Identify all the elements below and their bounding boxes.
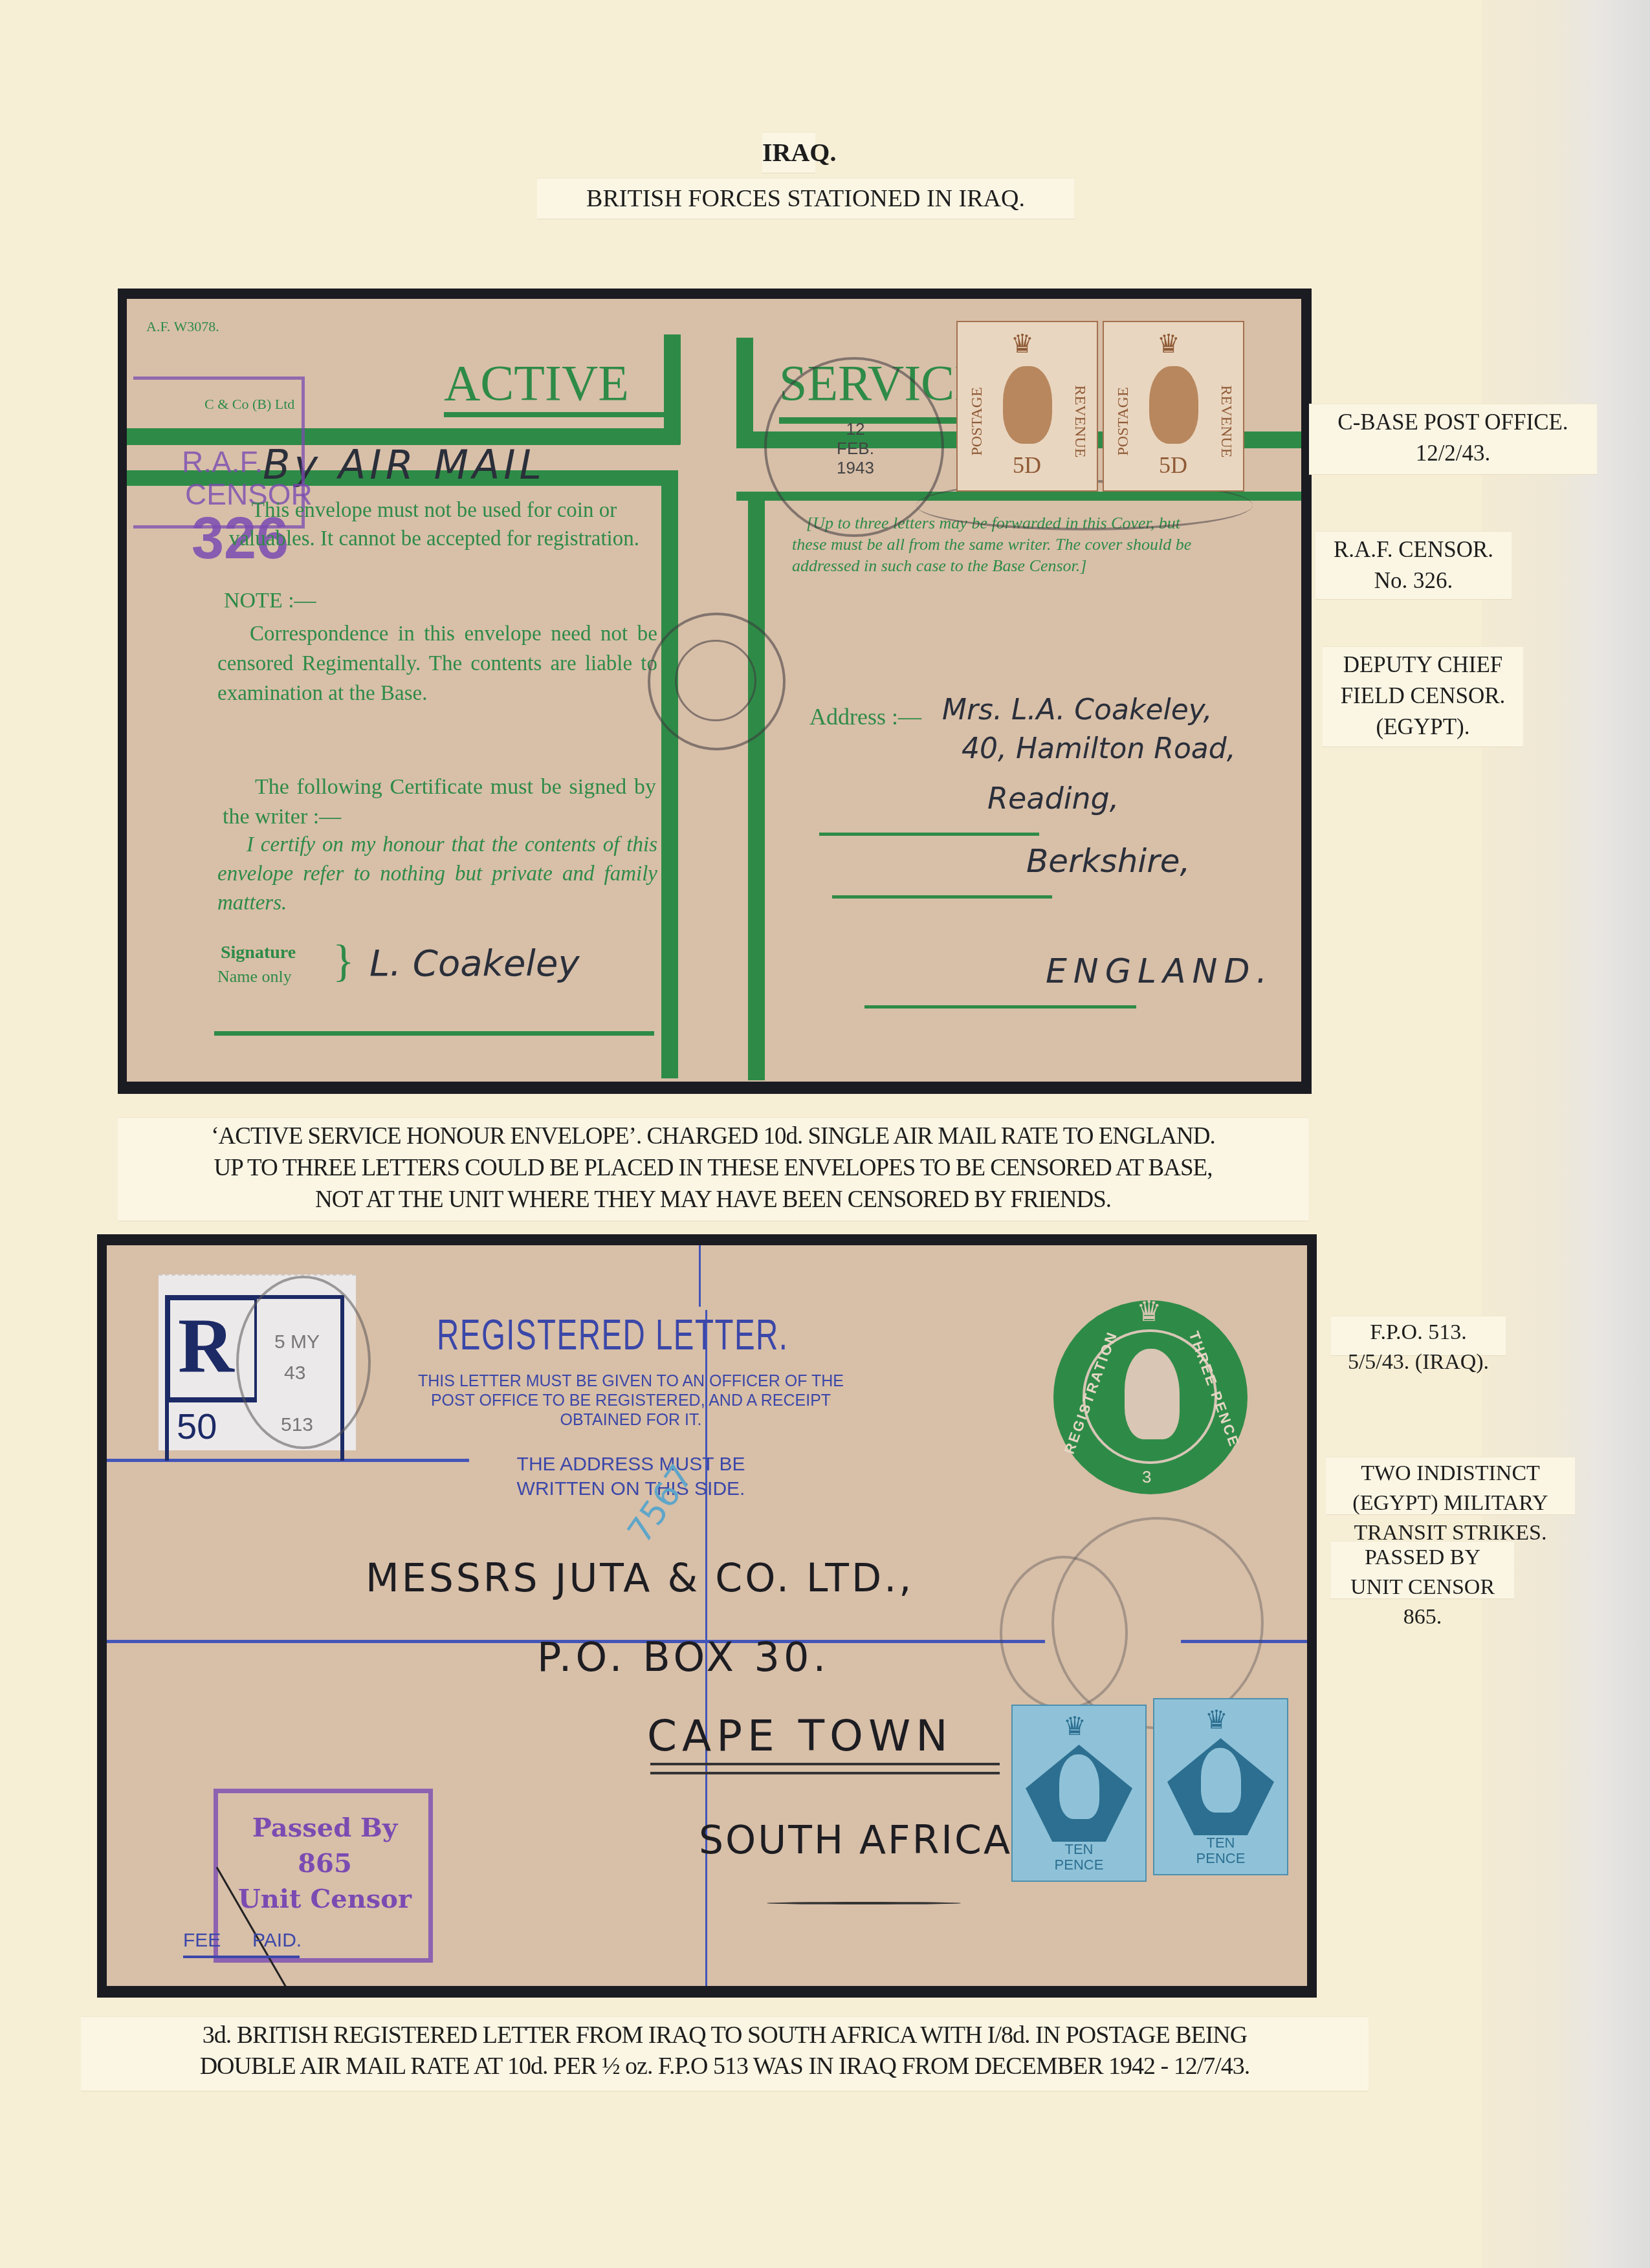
south-africa-underline xyxy=(767,1902,961,1904)
active-underline xyxy=(444,412,664,417)
form-code: A.F. W3078. xyxy=(146,318,219,335)
indicium-value: 3 xyxy=(1142,1467,1151,1487)
note-c-base: C-BASE POST OFFICE. 12/2/43. xyxy=(1309,404,1597,474)
paid-label: PAID. xyxy=(252,1930,302,1952)
note-raf-censor: R.A.F. CENSOR. No. 326. xyxy=(1315,532,1512,599)
embossed-indicium: ♛ REGISTRATION THREE PENCE 3 xyxy=(1053,1300,1248,1494)
stamp-5d-2: ♛ POSTAGE REVENUE 5D xyxy=(1103,321,1244,492)
signature-brace: } xyxy=(333,936,355,988)
crown-icon: ♛ xyxy=(1157,329,1180,359)
frame-v-right-top xyxy=(736,338,753,448)
censor-passed-by: Passed By xyxy=(231,1813,419,1843)
address-rule-3 xyxy=(864,1005,1136,1009)
note-deputy-chief: DEPUTY CHIEF FIELD CENSOR. (EGYPT). xyxy=(1323,647,1523,747)
note-fpo-513: F.P.O. 513. 5/5/43. (IRAQ). xyxy=(1331,1316,1506,1355)
note-heading: NOTE :— xyxy=(224,589,316,613)
warning-text: This envelope must not be used for coin … xyxy=(214,496,654,553)
crown-icon: ♛ xyxy=(1136,1295,1161,1328)
unit-censor-cachet: Passed By 865 Unit Censor xyxy=(214,1789,433,1963)
note-transit-strikes: TWO INDISTINCT (EGYPT) MILITARY TRANSIT … xyxy=(1326,1457,1575,1514)
king-head-icon xyxy=(1003,366,1052,444)
sender-signature: L. Coakeley xyxy=(369,943,580,985)
address-line-4: Berkshire, xyxy=(1026,842,1190,880)
stamp-postage-text: POSTAGE xyxy=(1115,376,1132,467)
crown-icon: ♛ xyxy=(1063,1711,1086,1741)
signature-label: Signature xyxy=(221,943,296,963)
certificate-intro: The following Certificate must be signed… xyxy=(223,772,656,832)
address-line-1: Mrs. L.A. Coakeley, xyxy=(942,693,1212,726)
cover1-envelope: A.F. W3078. C & Co (B) Ltd ACTIVE SERVIC… xyxy=(127,299,1301,1082)
address-line-5: ENGLAND. xyxy=(1046,952,1273,991)
stamp-revenue-text: REVENUE xyxy=(1071,376,1088,467)
address-line-3: Reading, xyxy=(987,781,1119,816)
fpo-513-postmark: 5 MY 43 513 xyxy=(236,1276,371,1449)
frame-v-left-top xyxy=(664,334,681,444)
crown-icon: ♛ xyxy=(1011,329,1034,359)
stamp-5d-1: ♛ POSTAGE REVENUE 5D xyxy=(956,321,1098,492)
fpo-year: 43 xyxy=(284,1362,305,1384)
album-page-edge xyxy=(1482,0,1650,2268)
stamp-value: 5D xyxy=(1013,452,1041,479)
stamp-revenue-text: REVENUE xyxy=(1217,376,1235,467)
registration-label: R 50 5 MY 43 513 xyxy=(159,1274,356,1450)
censor-line1: R.A.F. xyxy=(182,444,263,479)
recipient-line-2: P.O. BOX 30. xyxy=(537,1633,830,1681)
recipient-line-3: CAPE TOWN xyxy=(647,1711,953,1761)
censor-number: 865 xyxy=(231,1848,419,1879)
king-head-icon xyxy=(1059,1754,1099,1819)
signature-line xyxy=(214,1031,654,1036)
postmark-date: 12 FEB. 1943 xyxy=(826,419,885,477)
reg-line-v-top xyxy=(699,1245,701,1307)
cape-town-underline xyxy=(650,1763,1000,1774)
cover2-envelope: R 50 5 MY 43 513 REGISTERED LETTER. THIS… xyxy=(107,1245,1307,1986)
frame-v-left xyxy=(661,470,678,1078)
censor-unit: Unit Censor xyxy=(225,1884,425,1914)
address-label: Address :— xyxy=(809,703,921,730)
stamp-10d-2: ♛ TEN PENCE xyxy=(1153,1698,1288,1875)
king-head-icon xyxy=(1149,366,1198,444)
cover1-caption: ‘ACTIVE SERVICE HONOUR ENVELOPE’. CHARGE… xyxy=(118,1118,1308,1221)
active-heading: ACTIVE xyxy=(444,354,629,412)
page-subtitle: BRITISH FORCES STATIONED IN IRAQ. xyxy=(537,179,1074,219)
fee-paid-underline xyxy=(183,1956,300,1958)
address-rule-1 xyxy=(819,833,1039,836)
address-rule-2 xyxy=(832,895,1052,899)
stamp-postage-text: POSTAGE xyxy=(969,376,986,467)
page-title: IRAQ. xyxy=(762,133,815,173)
crown-inner-ring xyxy=(675,640,756,721)
stamp-value: 5D xyxy=(1159,452,1187,479)
cover2-caption: 3d. BRITISH REGISTERED LETTER FROM IRAQ … xyxy=(81,2017,1369,2091)
fpo-day: 5 MY xyxy=(274,1331,320,1353)
name-only-label: Name only xyxy=(217,967,292,987)
registered-letter-heading: REGISTERED LETTER. xyxy=(437,1310,788,1359)
fee-label: FEE xyxy=(183,1930,221,1952)
fpo-office: 513 xyxy=(281,1414,313,1436)
c-base-postmark: 12 FEB. 1943 xyxy=(764,357,944,537)
recipient-line-1: MESSRS JUTA & CO. LTD., xyxy=(366,1556,914,1601)
crown-icon: ♛ xyxy=(1205,1705,1228,1735)
note-unit-censor: PASSED BY UNIT CENSOR 865. xyxy=(1331,1542,1514,1598)
king-head-icon xyxy=(1125,1349,1180,1439)
note-text: Correspondence in this envelope need not… xyxy=(217,619,657,708)
address-line-2: 40, Hamilton Road, xyxy=(962,732,1236,765)
stamp-10d-1: ♛ TEN PENCE xyxy=(1011,1705,1147,1882)
stamp-value: TEN PENCE xyxy=(1032,1842,1126,1873)
certificate-text: I certify on my honour that the contents… xyxy=(217,831,657,918)
stamp-value: TEN PENCE xyxy=(1174,1835,1268,1866)
frame-v-right xyxy=(748,492,765,1080)
field-censor-cachet xyxy=(648,613,786,750)
recipient-line-4: SOUTH AFRICA. xyxy=(699,1818,1026,1863)
address-instruction: THE ADDRESS MUST BE WRITTEN ON THIS SIDE… xyxy=(456,1452,806,1501)
registration-instructions: THIS LETTER MUST BE GIVEN TO AN OFFICER … xyxy=(366,1371,896,1430)
king-head-icon xyxy=(1201,1748,1241,1813)
transit-strike-2 xyxy=(1000,1556,1128,1710)
